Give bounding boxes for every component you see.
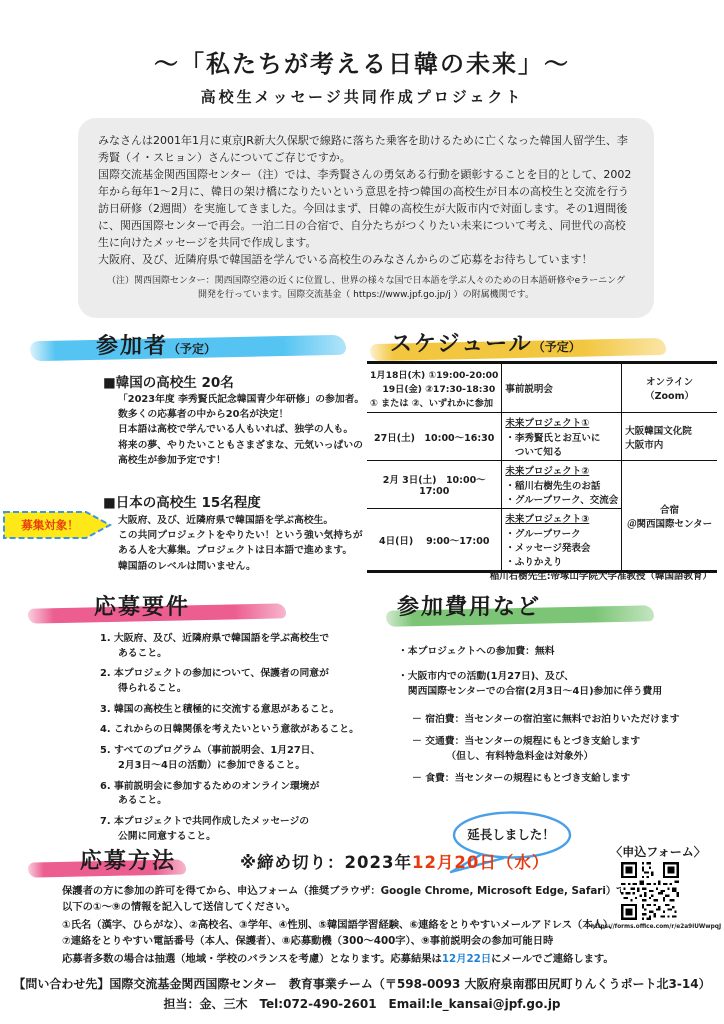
result-prefix: 応募者多数の場合は抽選（地域・学校のバランスを考慮）となります。応募結果は [62, 953, 442, 965]
participants-heading-suffix: （予定） [168, 342, 216, 356]
table-row: 1月18日(木) ①19:00-20:00 19日(金) ②17:30-18:3… [367, 363, 717, 413]
korea-group-title: ■韓国の高校生 20名 [103, 371, 234, 391]
recruit-arrow-badge: 募集対象！ [2, 505, 114, 545]
page-subtitle: 高校生メッセージ共同作成プロジェクト [0, 86, 724, 107]
deadline-date: 12月20日（水） [412, 853, 549, 872]
schedule-program: ・グループワーク ・メッセージ発表会 ・ふりかえり [505, 526, 618, 568]
fee-sub-item: － 食費：当センターの規程にもとづき支給します [412, 771, 718, 787]
deadline-text: ※締め切り：2023年12月20日（水） [240, 849, 549, 873]
requirement-item: 3. 韓国の高校生と積極的に交流する意思があること。 [100, 703, 390, 718]
footer-contact-detail: 担当：金、三木 Tel:072-490-2601 Email:le_kansai… [0, 995, 724, 1012]
schedule-place: 大阪韓国文化院 大阪市内 [625, 423, 714, 451]
schedule-heading-suffix: （予定） [533, 340, 581, 354]
result-date: 12月22日 [442, 953, 491, 965]
schedule-place: 合宿 ＠関西国際センター [627, 502, 712, 530]
japan-group-title: ■日本の高校生 15名程度 [103, 491, 261, 511]
schedule-program-title: 未来プロジェクト① [505, 415, 618, 429]
form-url: https://forms.office.com/r/e2a9iUWwpqJ [588, 924, 724, 930]
requirement-item: 5. すべてのプログラム（事前説明会、1月27日、 2月3日～4日の活動）に参加… [100, 744, 390, 773]
schedule-program: ・稲川右樹先生のお話 ・グループワーク、交流会 [505, 478, 618, 506]
requirement-item: 6. 事前説明会に参加するためのオンライン環境が あること。 [100, 780, 390, 809]
page-title: ～「私たちが考える日韓の未来」～ [0, 44, 724, 79]
fee-sub-item: － 交通費：当センターの規程にもとづき支給します （但し、有料特急料金は対象外） [412, 734, 718, 765]
application-instructions: 保護者の方に参加の許可を得てから、申込フォーム（推奨ブラウザ：Google Ch… [62, 884, 632, 968]
requirement-item: 2. 本プロジェクトの参加について、保護者の同意が 得られること。 [100, 667, 390, 696]
deadline-prefix: ※締め切り：2023年 [240, 853, 412, 872]
requirements-heading: 応募要件 [94, 590, 190, 621]
schedule-date: 4日(日) 9:00～17:00 [379, 536, 489, 547]
schedule-program: 事前説明会 [505, 381, 618, 395]
qr-code-icon [621, 862, 679, 920]
schedule-date: 2月 3日(土) 10:00～17:00 [383, 475, 486, 497]
requirement-item: 7. 本プロジェクトで共同作成したメッセージの 公開に同意すること。 [100, 815, 390, 844]
fee-line-activity: ・大阪市内での活動(1月27日)、及び、 関西国際センターでの合宿(2月3日～4… [398, 669, 718, 700]
schedule-program-title: 未来プロジェクト③ [505, 511, 618, 525]
schedule-program-title: 未来プロジェクト② [505, 463, 618, 477]
footer-contact: 【問い合わせ先】国際交流基金関西国際センター 教育事業チーム（〒598-0093… [0, 975, 724, 992]
table-row: 27日(土) 10:00～16:30 未来プロジェクト①・李秀賢氏とお互いに つ… [367, 413, 717, 461]
extension-bubble-label: 延長しました！ [463, 825, 559, 843]
schedule-date: 27日(土) 10:00～16:30 [374, 433, 494, 444]
fees-body: ・本プロジェクトへの参加費：無料 ・大阪市内での活動(1月27日)、及び、 関西… [398, 644, 718, 793]
recruit-badge-label: 募集対象！ [12, 517, 88, 533]
application-heading: 応募方法 [80, 844, 176, 875]
table-row: 2月 3日(土) 10:00～17:00 未来プロジェクト②・稲川右樹先生のお話… [367, 461, 717, 509]
requirement-item: 1. 大阪府、及び、近隣府県で韓国語を学ぶ高校生で あること。 [100, 632, 390, 661]
fee-sub-list: － 宿泊費：当センターの宿泊室に無料でお泊りいただけます － 交通費：当センター… [412, 712, 718, 787]
korea-group-body: 「2023年度 李秀賢氏記念韓国青少年研修」の参加者。 数多くの応募者の中から2… [118, 392, 364, 468]
intro-box: みなさんは2001年1月に東京JR新大久保駅で線路に落ちた乗客を助けるために亡く… [78, 118, 654, 318]
schedule-place: オンライン （Zoom） [645, 374, 694, 402]
schedule-note: 稲川右樹先生:帝塚山学院大学准教授（韓国語教育） [367, 568, 712, 582]
participants-heading: 参加者（予定） [96, 329, 216, 360]
schedule-program: ・李秀賢氏とお互いに ついて知る [505, 430, 618, 458]
schedule-heading: スケジュール（予定） [390, 327, 581, 358]
result-suffix: にメールでご連絡します。 [491, 953, 614, 965]
japan-group-body: 大阪府、及び、近隣府県で韓国語を学ぶ高校生。 この共同プロジェクトをやりたい！と… [118, 513, 363, 574]
fee-line-free: ・本プロジェクトへの参加費：無料 [398, 644, 718, 660]
intro-footnote: （注）関西国際センター：関西国際空港の近くに位置し、世界の様々な国で日本語を学ぶ… [98, 275, 634, 302]
instructions-fields: ①氏名（漢字、ひらがな）、②高校名、③学年、④性別、⑤韓国語学習経験、⑥連絡をと… [62, 918, 632, 950]
fee-sub-item: － 宿泊費：当センターの宿泊室に無料でお泊りいただけます [412, 712, 718, 728]
schedule-table: 1月18日(木) ①19:00-20:00 19日(金) ②17:30-18:3… [367, 361, 717, 573]
instructions-paragraph: 保護者の方に参加の許可を得てから、申込フォーム（推奨ブラウザ：Google Ch… [62, 884, 632, 916]
requirement-item: 4. これからの日韓関係を考えたいという意欲があること。 [100, 723, 390, 738]
schedule-date: 1月18日(木) ①19:00-20:00 19日(金) ②17:30-18:3… [370, 367, 498, 409]
schedule-heading-text: スケジュール [390, 332, 533, 357]
flyer-page: ～「私たちが考える日韓の未来」～ 高校生メッセージ共同作成プロジェクト みなさん… [0, 0, 724, 1024]
intro-paragraph: みなさんは2001年1月に東京JR新大久保駅で線路に落ちた乗客を助けるために亡く… [98, 132, 634, 268]
requirements-list: 1. 大阪府、及び、近隣府県で韓国語を学ぶ高校生で あること。 2. 本プロジェ… [100, 632, 390, 850]
fees-heading: 参加費用など [397, 590, 541, 621]
participants-heading-text: 参加者 [96, 334, 168, 359]
form-label: 〈申込フォーム〉 [592, 843, 724, 860]
result-line: 応募者多数の場合は抽選（地域・学校のバランスを考慮）となります。応募結果は12月… [62, 952, 632, 968]
